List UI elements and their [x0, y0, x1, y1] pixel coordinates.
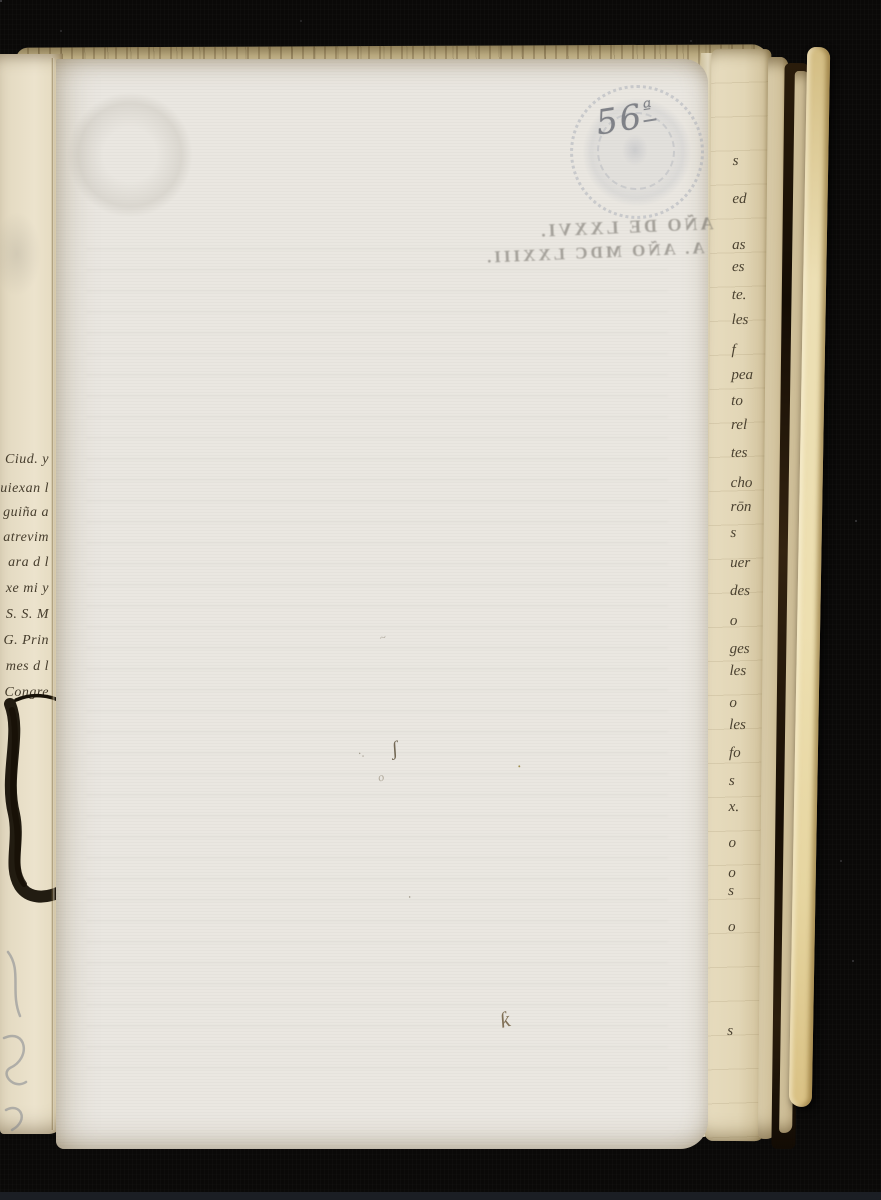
manuscript-fragment: s — [733, 153, 739, 170]
manuscript-fragment: s — [730, 525, 736, 542]
manuscript-fragment: mes d l — [6, 659, 49, 675]
manuscript-fragment: pea — [731, 367, 753, 384]
right-page-edges: sedaseste.lesfpeatorelteschorōnsuerdesog… — [699, 47, 829, 1151]
manuscript-fragment: o — [728, 835, 736, 852]
manuscript-fragment: Ciud. y — [5, 452, 49, 468]
manuscript-fragment: tes — [731, 445, 748, 462]
manuscript-fragment: des — [730, 583, 750, 600]
manuscript-fragment: S. S. M — [6, 607, 49, 623]
manuscript-fragment: o atrevim — [0, 530, 49, 546]
archival-scan-photo: { "folio": { "number": "56", "superscrip… — [0, 0, 881, 1200]
manuscript-fragment: to — [731, 393, 743, 410]
manuscript-fragment: G. Prin — [4, 633, 50, 649]
manuscript-fragment: o — [728, 865, 736, 882]
folio-number-digits: 56 — [593, 97, 646, 144]
text-bleedthrough-bands — [86, 229, 668, 1069]
manuscript-fragment: o — [730, 613, 738, 630]
manuscript-fragment: s — [727, 1023, 733, 1040]
manuscript-fragment: as — [732, 237, 745, 254]
manuscript-fragment: l guiña a — [0, 505, 49, 521]
ink-smudge — [0, 194, 52, 314]
manuscript-fragment: s — [729, 773, 735, 790]
manuscript-fragment: f — [731, 342, 735, 359]
manuscript-fragment: rel — [731, 417, 747, 434]
manuscript-fragment: es — [732, 259, 745, 276]
manuscript-fragment: s — [728, 883, 734, 900]
scan-bottom-bar — [0, 1192, 881, 1200]
manuscript-fragment: x. — [729, 799, 740, 816]
manuscript-fragment: rōn — [730, 499, 751, 516]
manuscript-fragment: xe mi y — [6, 581, 49, 597]
manuscript-fragment: fo — [729, 745, 741, 762]
dust-specks — [0, 0, 2, 2]
manuscript-fragment: ara d l — [8, 555, 49, 571]
manuscript-fragment: les — [732, 312, 749, 329]
round-stain — [64, 89, 196, 221]
manuscript-fragment: o — [729, 695, 737, 712]
manuscript-fragment: te. — [732, 287, 747, 304]
manuscript-fragment: les — [729, 663, 746, 680]
main-page: 56ª AÑO DE LXXVI. A. AÑO MDC LXXIII. ~·.… — [56, 59, 708, 1149]
manuscript-fragment: uer — [730, 555, 750, 572]
manuscript-fragment: o — [728, 919, 736, 936]
manuscript-fragment: les — [729, 717, 746, 734]
manuscript-fragment: quiexan l — [0, 481, 49, 497]
manuscript-fragment: ges — [730, 641, 750, 658]
gutter-fold-line — [51, 58, 55, 1130]
manuscript-fragment: cho — [731, 475, 753, 492]
manuscript-fragment: ed — [732, 191, 746, 208]
